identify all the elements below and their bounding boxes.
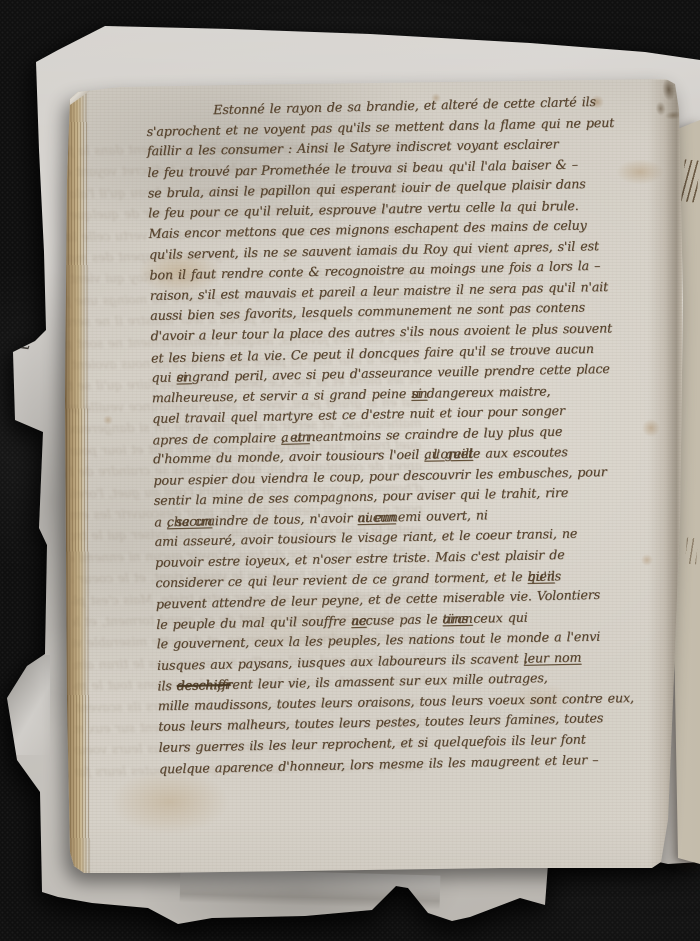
manuscript-page-wrap: s'aprochent et ne voyent pas qu'ils se m… [0, 0, 700, 941]
manuscript-page: s'aprochent et ne voyent pas qu'ils se m… [0, 0, 700, 941]
manuscript-photo: 2 s'aprochent et ne voyent pas qu'ils se… [0, 0, 700, 941]
text-block: Estonné le rayon de sa brandie, et alter… [146, 90, 699, 778]
page-curl-shadow [648, 80, 682, 870]
